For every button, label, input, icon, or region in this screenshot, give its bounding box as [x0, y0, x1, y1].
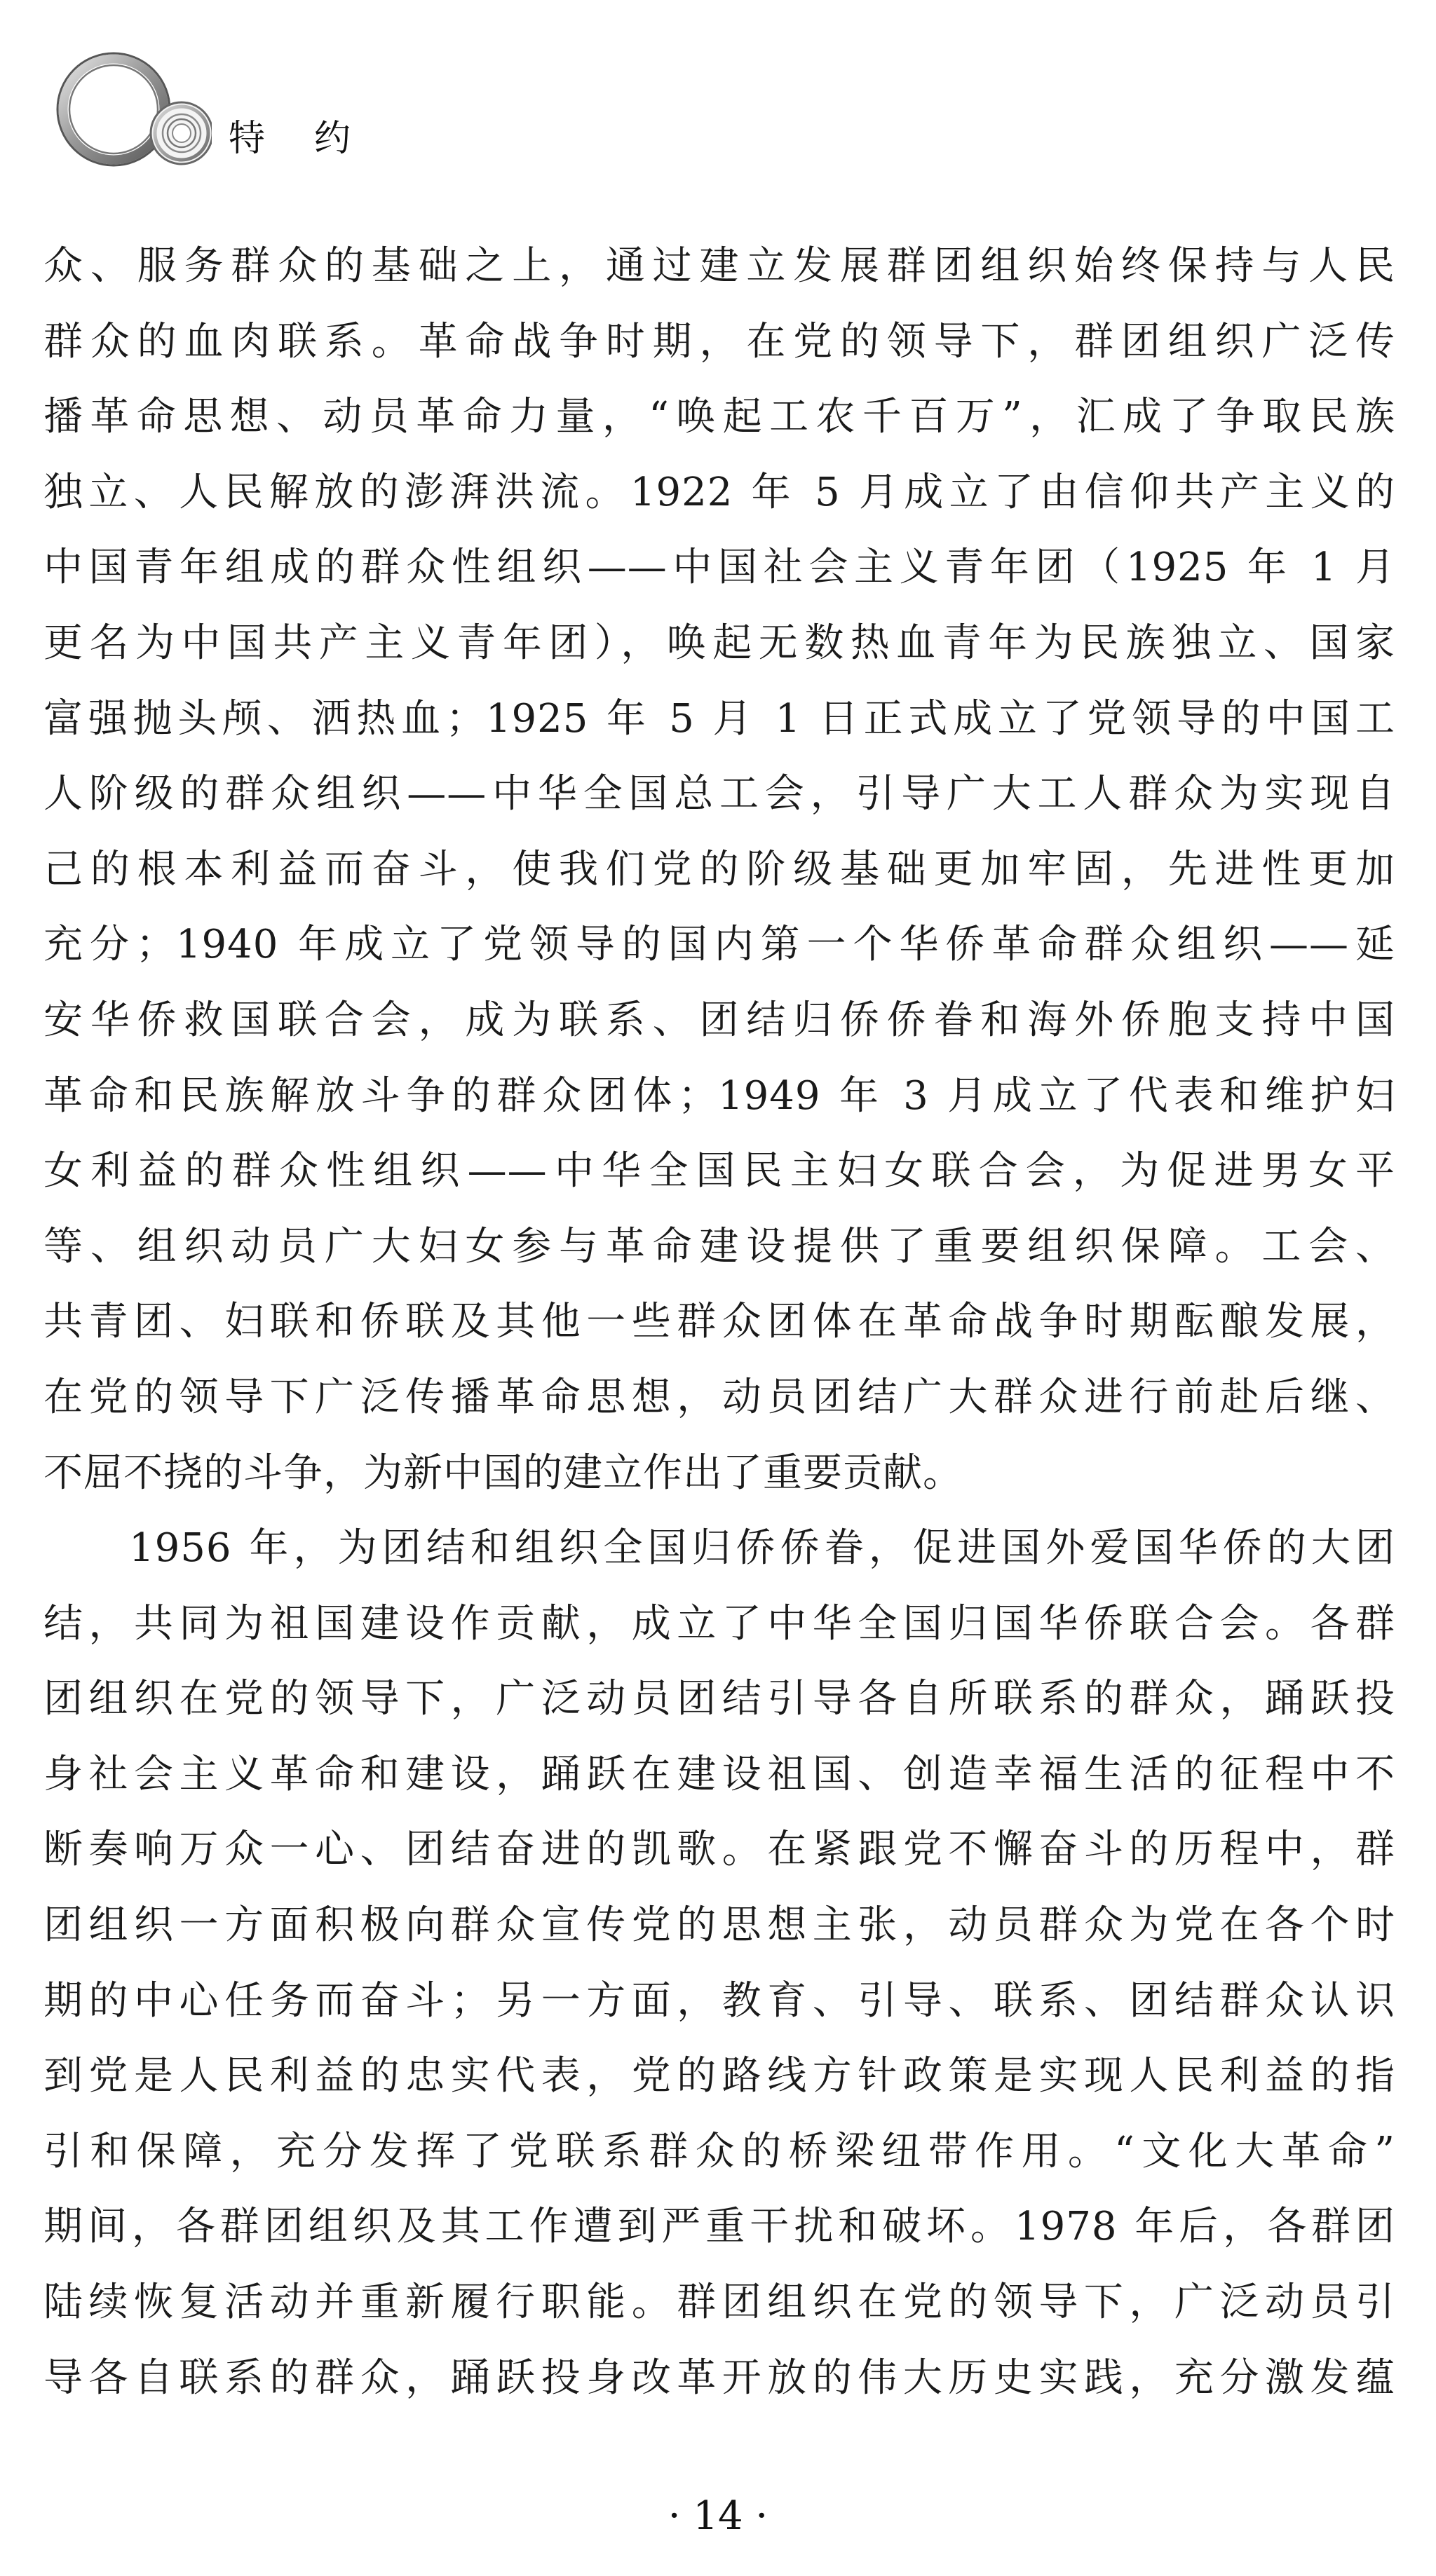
- text-line: 共青团、妇联和侨联及其他一些群众团体在革命战争时期酝酿发展，: [43, 1284, 1395, 1360]
- text-line: 到党是人民利益的忠实代表，党的路线方针政策是实现人民利益的指: [43, 2038, 1395, 2114]
- text-line: 等、组织动员广大妇女参与革命建设提供了重要组织保障。工会、: [43, 1209, 1395, 1285]
- section-title-char: 约: [314, 118, 351, 160]
- page-header: 特 约: [43, 42, 675, 168]
- text-line-paragraph-end: 不屈不挠的斗争，为新中国的建立作出了重要贡献。: [43, 1436, 1395, 1511]
- text-line: 断奏响万众一心、团结奋进的凯歌。在紧跟党不懈奋斗的历程中，群: [43, 1812, 1395, 1888]
- text-line: 结，共同为祖国建设作贡献，成立了中华全国归国华侨联合会。各群: [43, 1586, 1395, 1662]
- section-title-char: 特: [229, 118, 265, 160]
- text-line: 安华侨救国联合会，成为联系、团结归侨侨眷和海外侨胞支持中国: [43, 983, 1395, 1058]
- text-line: 导各自联系的群众，踊跃投身改革开放的伟大历史实践，充分激发蕴: [43, 2340, 1395, 2416]
- text-line: 群众的血肉联系。革命战争时期，在党的领导下，群团组织广泛传: [43, 304, 1395, 380]
- text-line: 引和保障，充分发挥了党联系群众的桥梁纽带作用。“文化大革命”: [43, 2114, 1395, 2190]
- page-number: · 14 ·: [0, 2492, 1436, 2541]
- text-line: 众、服务群众的基础之上，通过建立发展群团组织始终保持与人民: [43, 229, 1395, 304]
- text-line: 期的中心任务而奋斗；另一方面，教育、引导、联系、团结群众认识: [43, 1963, 1395, 2039]
- text-line: 己的根本利益而奋斗，使我们党的阶级基础更加牢固，先进性更加: [43, 832, 1395, 908]
- text-line: 女利益的群众性组织——中华全国民主妇女联合会，为促进男女平: [43, 1133, 1395, 1209]
- text-line: 身社会主义革命和建设，踊跃在建设祖国、创造幸福生活的征程中不: [43, 1737, 1395, 1813]
- section-title: 特 约: [229, 118, 351, 160]
- text-line: 团组织在党的领导下，广泛动员团结引导各自所联系的群众，踊跃投: [43, 1661, 1395, 1737]
- text-line: 播革命思想、动员革命力量，“唤起工农千百万”，汇成了争取民族: [43, 379, 1395, 455]
- text-line: 富强抛头颅、洒热血；1925 年 5 月 1 日正式成立了党领导的中国工: [43, 681, 1395, 757]
- text-line: 革命和民族解放斗争的群众团体；1949 年 3 月成立了代表和维护妇: [43, 1058, 1395, 1134]
- text-line: 期间，各群团组织及其工作遭到严重干扰和破坏。1978 年后，各群团: [43, 2189, 1395, 2265]
- text-line: 更名为中国共产主义青年团），唤起无数热血青年为民族独立、国家: [43, 606, 1395, 681]
- text-line-paragraph-start: 1956 年，为团结和组织全国归侨侨眷，促进国外爱国华侨的大团: [43, 1511, 1395, 1586]
- text-line: 人阶级的群众组织——中华全国总工会，引导广大工人群众为实现自: [43, 756, 1395, 832]
- text-line: 中国青年组成的群众性组织——中国社会主义青年团（1925 年 1 月: [43, 530, 1395, 606]
- double-ring-logo-icon: [43, 42, 212, 168]
- text-line: 在党的领导下广泛传播革命思想，动员团结广大群众进行前赴后继、: [43, 1360, 1395, 1436]
- text-line: 团组织一方面积极向群众宣传党的思想主张，动员群众为党在各个时: [43, 1888, 1395, 1963]
- text-line: 陆续恢复活动并重新履行职能。群团组织在党的领导下，广泛动员引: [43, 2265, 1395, 2340]
- text-line: 独立、人民解放的澎湃洪流。1922 年 5 月成立了由信仰共产主义的: [43, 455, 1395, 531]
- article-body: 众、服务群众的基础之上，通过建立发展群团组织始终保持与人民 群众的血肉联系。革命…: [43, 229, 1395, 2415]
- text-line: 充分；1940 年成立了党领导的国内第一个华侨革命群众组织——延: [43, 907, 1395, 983]
